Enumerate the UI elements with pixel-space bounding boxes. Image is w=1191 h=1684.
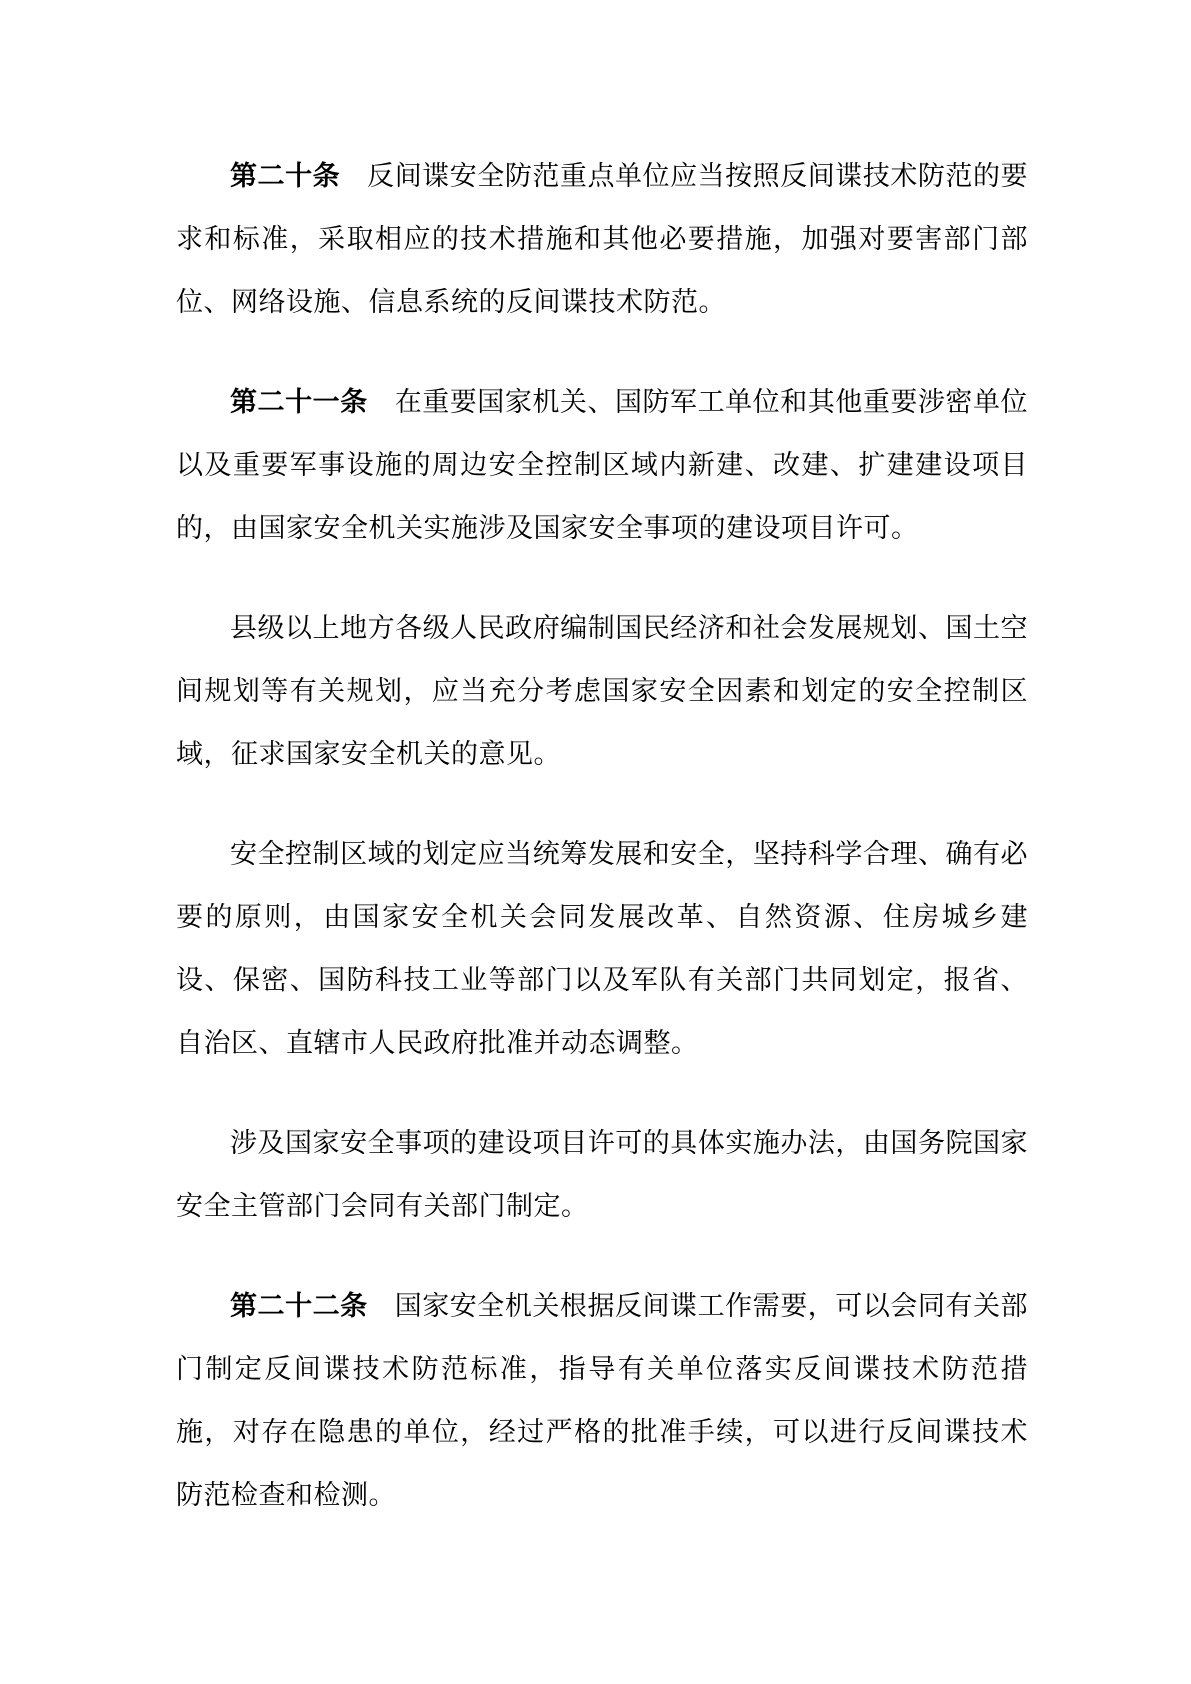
article-22-text: 国家安全机关根据反间谍工作需要，可以会同有关部门制定反间谍技术防范标准，指导有关… bbox=[176, 1291, 1028, 1510]
document-body: 第二十条反间谍安全防范重点单位应当按照反间谍技术防范的要求和标准，采取相应的技术… bbox=[0, 0, 1191, 1527]
article-22-number: 第二十二条 bbox=[230, 1291, 368, 1321]
article-20-number: 第二十条 bbox=[230, 161, 340, 191]
article-21-paragraph-4-text: 涉及国家安全事项的建设项目许可的具体实施办法，由国务院国家安全主管部门会同有关部… bbox=[176, 1128, 1028, 1221]
article-20-paragraph: 第二十条反间谍安全防范重点单位应当按照反间谍技术防范的要求和标准，采取相应的技术… bbox=[176, 145, 1028, 334]
article-22-paragraph: 第二十二条国家安全机关根据反间谍工作需要，可以会同有关部门制定反间谍技术防范标准… bbox=[176, 1275, 1028, 1527]
article-21-paragraph-1: 第二十一条在重要国家机关、国防军工单位和其他重要涉密单位以及重要军事设施的周边安… bbox=[176, 371, 1028, 560]
article-21-paragraph-3-text: 安全控制区域的划定应当统筹发展和安全，坚持科学合理、确有必要的原则，由国家安全机… bbox=[176, 839, 1028, 1058]
article-21-paragraph-2: 县级以上地方各级人民政府编制国民经济和社会发展规划、国土空间规划等有关规划，应当… bbox=[176, 597, 1028, 786]
document-page: 第二十条反间谍安全防范重点单位应当按照反间谍技术防范的要求和标准，采取相应的技术… bbox=[0, 0, 1191, 1684]
article-21-paragraph-2-text: 县级以上地方各级人民政府编制国民经济和社会发展规划、国土空间规划等有关规划，应当… bbox=[176, 613, 1028, 769]
article-21-paragraph-4: 涉及国家安全事项的建设项目许可的具体实施办法，由国务院国家安全主管部门会同有关部… bbox=[176, 1112, 1028, 1238]
article-21-paragraph-3: 安全控制区域的划定应当统筹发展和安全，坚持科学合理、确有必要的原则，由国家安全机… bbox=[176, 823, 1028, 1075]
article-21-number: 第二十一条 bbox=[230, 387, 368, 417]
